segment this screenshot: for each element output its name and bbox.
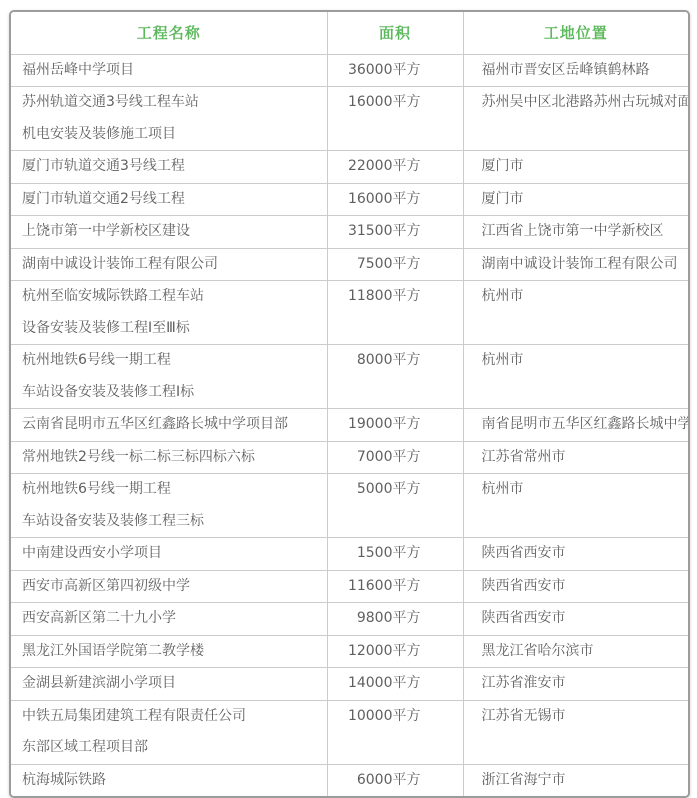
- table-row: 云南省昆明市五华区红鑫路长城中学项目部19000平方南省昆明市五华区红鑫路长城中…: [11, 409, 688, 442]
- project-name-line: 福州岳峰中学项目: [22, 55, 327, 87]
- table-row: 杭海城际铁路6000平方浙江省海宁市: [11, 764, 688, 783]
- area-cell: 22000平方: [327, 151, 463, 184]
- project-name-line: 机电安装及装修施工项目: [22, 119, 327, 151]
- project-name-line: 中南建设西安小学项目: [22, 538, 327, 570]
- table-row: 西安市高新区第四初级中学11600平方陕西省西安市: [11, 570, 688, 603]
- project-name-cell: 厦门市轨道交通2号线工程: [11, 183, 327, 216]
- project-name-cell: 中铁五局集团建筑工程有限责任公司东部区域工程项目部: [11, 700, 327, 764]
- table-row: 金湖县新建滨湖小学项目14000平方江苏省淮安市: [11, 668, 688, 701]
- table-row: 杭州至临安城际铁路工程车站设备安装及装修工程Ⅰ至Ⅲ标11800平方杭州市: [11, 281, 688, 345]
- table-row: 中南建设西安小学项目1500平方陕西省西安市: [11, 538, 688, 571]
- project-name-cell: 杭海城际铁路: [11, 764, 327, 783]
- location-cell: 厦门市: [463, 151, 688, 184]
- location-cell: 黑龙江省哈尔滨市: [463, 635, 688, 668]
- project-name-line: 中铁五局集团建筑工程有限责任公司: [22, 701, 327, 733]
- project-name-line: 车站设备安装及装修工程三标: [22, 506, 327, 538]
- table-row: 福州岳峰中学项目36000平方福州市晋安区岳峰镇鹤林路: [11, 54, 688, 87]
- location-cell: 陕西省西安市: [463, 538, 688, 571]
- project-name-line: 杭州至临安城际铁路工程车站: [22, 281, 327, 313]
- project-name-cell: 湖南中诚设计装饰工程有限公司: [11, 248, 327, 281]
- table-row: 杭州地铁6号线一期工程车站设备安装及装修工程三标5000平方杭州市: [11, 474, 688, 538]
- project-name-cell: 上饶市第一中学新校区建设: [11, 216, 327, 249]
- table-row: 湖南中诚设计装饰工程有限公司7500平方湖南中诚设计装饰工程有限公司: [11, 248, 688, 281]
- project-name-line: 杭海城际铁路: [22, 765, 327, 784]
- project-name-cell: 黑龙江外国语学院第二教学楼: [11, 635, 327, 668]
- location-cell: 江西省上饶市第一中学新校区: [463, 216, 688, 249]
- location-cell: 陕西省西安市: [463, 603, 688, 636]
- project-name-line: 金湖县新建滨湖小学项目: [22, 668, 327, 700]
- area-cell: 31500平方: [327, 216, 463, 249]
- location-cell: 杭州市: [463, 345, 688, 409]
- location-cell: 湖南中诚设计装饰工程有限公司: [463, 248, 688, 281]
- area-cell: 16000平方: [327, 87, 463, 151]
- project-name-line: 云南省昆明市五华区红鑫路长城中学项目部: [22, 409, 327, 441]
- col-header-area: 面积: [327, 12, 463, 54]
- projects-table-panel: 工程名称 面积 工地位置 福州岳峰中学项目36000平方福州市晋安区岳峰镇鹤林路…: [9, 10, 690, 783]
- project-name-cell: 杭州地铁6号线一期工程车站设备安装及装修工程Ⅰ标: [11, 345, 327, 409]
- location-cell: 杭州市: [463, 474, 688, 538]
- table-row: 杭州地铁6号线一期工程车站设备安装及装修工程Ⅰ标8000平方杭州市: [11, 345, 688, 409]
- project-name-cell: 云南省昆明市五华区红鑫路长城中学项目部: [11, 409, 327, 442]
- location-cell: 浙江省海宁市: [463, 764, 688, 783]
- project-name-cell: 杭州地铁6号线一期工程车站设备安装及装修工程三标: [11, 474, 327, 538]
- location-cell: 苏州吴中区北港路苏州古玩城对面: [463, 87, 688, 151]
- location-cell: 江苏省常州市: [463, 441, 688, 474]
- table-row: 中铁五局集团建筑工程有限责任公司东部区域工程项目部10000平方江苏省无锡市: [11, 700, 688, 764]
- area-cell: 6000平方: [327, 764, 463, 783]
- col-header-project-name: 工程名称: [11, 12, 327, 54]
- location-cell: 江苏省淮安市: [463, 668, 688, 701]
- table-body: 福州岳峰中学项目36000平方福州市晋安区岳峰镇鹤林路苏州轨道交通3号线工程车站…: [11, 54, 688, 783]
- col-header-location: 工地位置: [463, 12, 688, 54]
- project-name-line: 苏州轨道交通3号线工程车站: [22, 87, 327, 119]
- project-name-line: 常州地铁2号线一标二标三标四标六标: [22, 442, 327, 474]
- area-cell: 11600平方: [327, 570, 463, 603]
- project-name-line: 东部区域工程项目部: [22, 732, 327, 764]
- table-row: 黑龙江外国语学院第二教学楼12000平方黑龙江省哈尔滨市: [11, 635, 688, 668]
- project-name-cell: 杭州至临安城际铁路工程车站设备安装及装修工程Ⅰ至Ⅲ标: [11, 281, 327, 345]
- project-name-line: 设备安装及装修工程Ⅰ至Ⅲ标: [22, 313, 327, 345]
- project-name-line: 上饶市第一中学新校区建设: [22, 216, 327, 248]
- location-cell: 陕西省西安市: [463, 570, 688, 603]
- location-cell: 江苏省无锡市: [463, 700, 688, 764]
- project-name-cell: 中南建设西安小学项目: [11, 538, 327, 571]
- project-name-cell: 厦门市轨道交通3号线工程: [11, 151, 327, 184]
- area-cell: 36000平方: [327, 54, 463, 87]
- project-name-cell: 西安高新区第二十九小学: [11, 603, 327, 636]
- area-cell: 19000平方: [327, 409, 463, 442]
- location-cell: 南省昆明市五华区红鑫路长城中学: [463, 409, 688, 442]
- area-cell: 9800平方: [327, 603, 463, 636]
- project-name-cell: 福州岳峰中学项目: [11, 54, 327, 87]
- table-row: 厦门市轨道交通2号线工程16000平方厦门市: [11, 183, 688, 216]
- area-cell: 5000平方: [327, 474, 463, 538]
- project-name-line: 厦门市轨道交通2号线工程: [22, 184, 327, 216]
- project-name-cell: 西安市高新区第四初级中学: [11, 570, 327, 603]
- location-cell: 福州市晋安区岳峰镇鹤林路: [463, 54, 688, 87]
- table-row: 西安高新区第二十九小学9800平方陕西省西安市: [11, 603, 688, 636]
- table-row: 苏州轨道交通3号线工程车站机电安装及装修施工项目16000平方苏州吴中区北港路苏…: [11, 87, 688, 151]
- project-name-line: 西安市高新区第四初级中学: [22, 571, 327, 603]
- project-name-line: 杭州地铁6号线一期工程: [22, 474, 327, 506]
- area-cell: 1500平方: [327, 538, 463, 571]
- table-row: 上饶市第一中学新校区建设31500平方江西省上饶市第一中学新校区: [11, 216, 688, 249]
- area-cell: 11800平方: [327, 281, 463, 345]
- location-cell: 厦门市: [463, 183, 688, 216]
- project-name-cell: 常州地铁2号线一标二标三标四标六标: [11, 441, 327, 474]
- project-name-cell: 金湖县新建滨湖小学项目: [11, 668, 327, 701]
- project-name-cell: 苏州轨道交通3号线工程车站机电安装及装修施工项目: [11, 87, 327, 151]
- area-cell: 12000平方: [327, 635, 463, 668]
- table-row: 厦门市轨道交通3号线工程22000平方厦门市: [11, 151, 688, 184]
- area-cell: 14000平方: [327, 668, 463, 701]
- location-cell: 杭州市: [463, 281, 688, 345]
- area-cell: 16000平方: [327, 183, 463, 216]
- project-name-line: 湖南中诚设计装饰工程有限公司: [22, 249, 327, 281]
- area-cell: 7000平方: [327, 441, 463, 474]
- projects-table: 工程名称 面积 工地位置 福州岳峰中学项目36000平方福州市晋安区岳峰镇鹤林路…: [11, 12, 688, 783]
- project-name-line: 厦门市轨道交通3号线工程: [22, 151, 327, 183]
- area-cell: 8000平方: [327, 345, 463, 409]
- table-header-row: 工程名称 面积 工地位置: [11, 12, 688, 54]
- project-name-line: 杭州地铁6号线一期工程: [22, 345, 327, 377]
- area-cell: 10000平方: [327, 700, 463, 764]
- project-name-line: 车站设备安装及装修工程Ⅰ标: [22, 377, 327, 409]
- table-row: 常州地铁2号线一标二标三标四标六标7000平方江苏省常州市: [11, 441, 688, 474]
- project-name-line: 西安高新区第二十九小学: [22, 603, 327, 635]
- area-cell: 7500平方: [327, 248, 463, 281]
- project-name-line: 黑龙江外国语学院第二教学楼: [22, 636, 327, 668]
